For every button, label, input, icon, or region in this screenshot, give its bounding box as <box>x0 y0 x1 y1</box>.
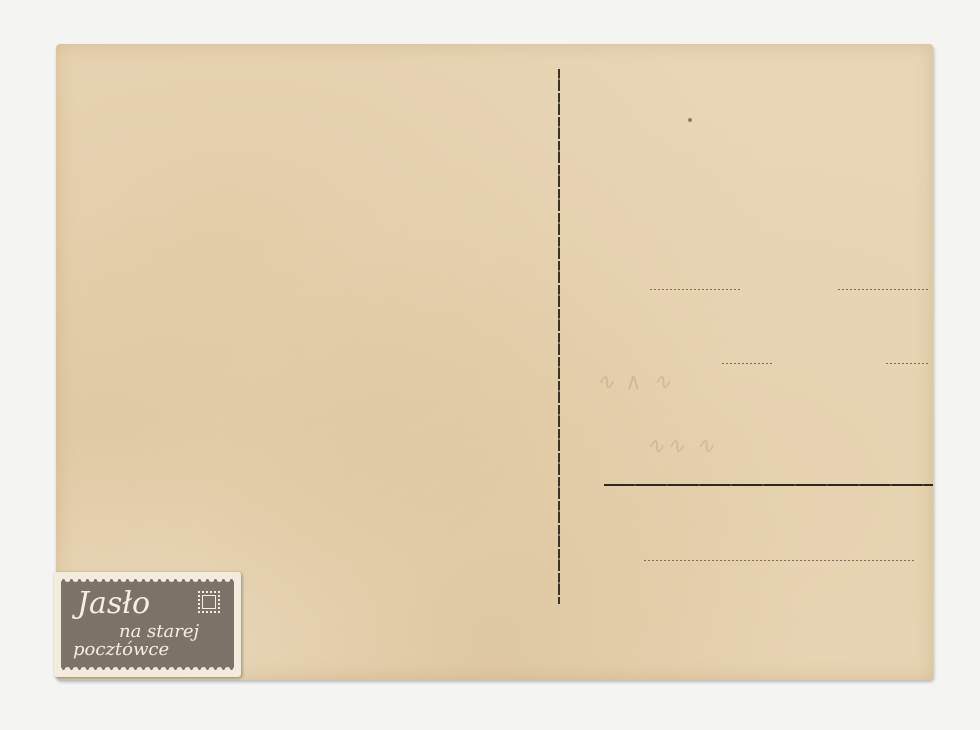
faint-pencil-mark: ∿ ∧ ∿ <box>596 370 673 395</box>
faint-pencil-mark: ∿∿ ∿ <box>646 434 716 459</box>
ink-speck <box>688 118 692 122</box>
postcard-center-divider <box>558 69 560 604</box>
watermark-logo: Jasło na starej pocztówce <box>54 572 241 677</box>
logo-badge: Jasło na starej pocztówce <box>61 579 234 670</box>
address-line-1a <box>650 289 740 290</box>
logo-subtitle-line2: pocztówce <box>73 641 169 659</box>
address-line-1b <box>838 289 930 290</box>
address-line-2 <box>722 363 774 364</box>
address-line-4 <box>644 560 914 561</box>
address-line-3 <box>604 484 933 486</box>
logo-title: Jasło <box>77 589 150 619</box>
postage-stamp-icon <box>198 591 220 613</box>
address-line-2b <box>886 363 930 364</box>
